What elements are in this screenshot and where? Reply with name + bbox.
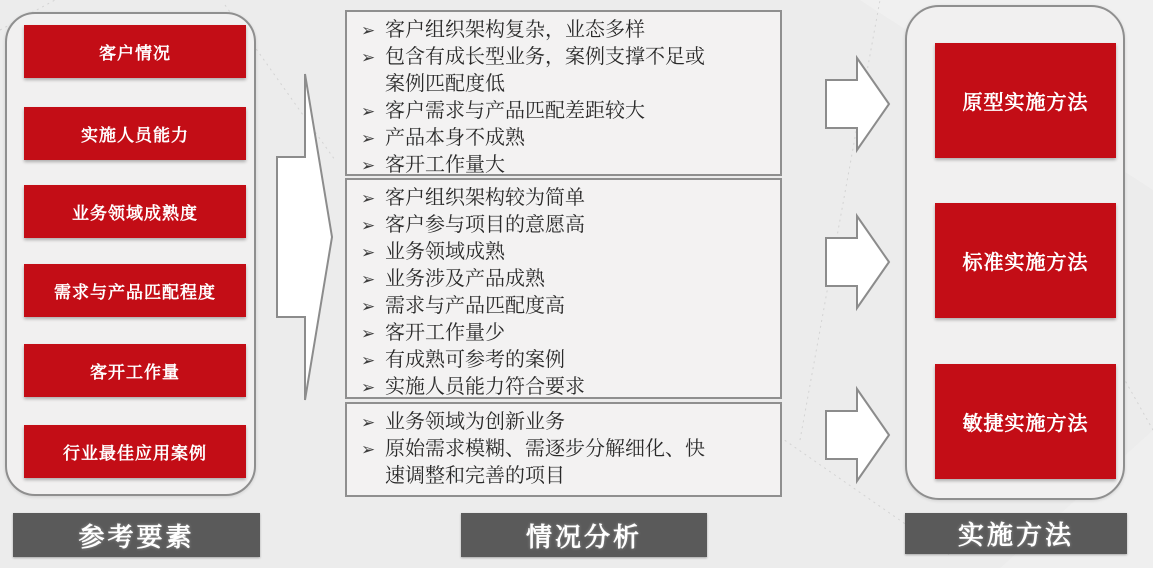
factor-box-implementer-capability: 实施人员能力 xyxy=(24,107,246,160)
footer-label-implementation-method: 实施方法 xyxy=(905,513,1127,554)
factor-box-demand-product-match: 需求与产品匹配程度 xyxy=(24,264,246,317)
bullet-item: ➢ 原始需求模糊、需逐步分解细化、快速调整和完善的项目 xyxy=(361,436,774,490)
bullet-item: ➢ 包含有成长型业务，案例支撑不足或案例匹配度低 xyxy=(361,44,774,98)
bullet-item: ➢ 客户组织架构较为简单 xyxy=(361,185,774,212)
bullet-text: 业务涉及产品成熟 xyxy=(385,266,545,293)
bullet-item: ➢ 客户参与项目的意愿高 xyxy=(361,212,774,239)
arrowhead-bullet-icon: ➢ xyxy=(361,185,385,212)
bullet-text: 客户组织架构复杂，业态多样 xyxy=(385,17,645,44)
arrowhead-bullet-icon: ➢ xyxy=(361,212,385,239)
implementation-method-diagram: 客户情况 实施人员能力 业务领域成熟度 需求与产品匹配程度 客开工作量 行业最佳… xyxy=(0,0,1153,568)
bullet-text: 实施人员能力符合要求 xyxy=(385,374,585,401)
bullet-item: ➢ 产品本身不成熟 xyxy=(361,125,774,152)
bullet-item: ➢ 需求与产品匹配度高 xyxy=(361,293,774,320)
arrowhead-bullet-icon: ➢ xyxy=(361,320,385,347)
bullet-text: 需求与产品匹配度高 xyxy=(385,293,565,320)
footer-label-reference-factors: 参考要素 xyxy=(13,513,260,557)
footer-label-situation-analysis: 情况分析 xyxy=(461,513,707,557)
method-box-standard: 标准实施方法 xyxy=(935,203,1116,318)
bullet-text: 客户组织架构较为简单 xyxy=(385,185,585,212)
big-right-arrow xyxy=(277,74,332,400)
factor-box-best-practice-cases: 行业最佳应用案例 xyxy=(24,425,246,478)
arrowhead-bullet-icon: ➢ xyxy=(361,293,385,320)
bullet-text: 包含有成长型业务，案例支撑不足或案例匹配度低 xyxy=(385,44,721,98)
bullet-text: 客开工作量大 xyxy=(385,152,505,179)
factor-box-business-maturity: 业务领域成熟度 xyxy=(24,185,246,238)
implementation-methods-panel: 原型实施方法 标准实施方法 敏捷实施方法 xyxy=(905,5,1125,500)
factor-box-customer-situation: 客户情况 xyxy=(24,25,246,78)
analysis-box-agile: ➢ 业务领域为创新业务 ➢ 原始需求模糊、需逐步分解细化、快速调整和完善的项目 xyxy=(345,402,782,497)
crease-line xyxy=(800,0,880,440)
bullet-item: ➢ 客户组织架构复杂，业态多样 xyxy=(361,17,774,44)
bullet-text: 业务领域成熟 xyxy=(385,239,505,266)
analysis-box-prototype: ➢ 客户组织架构复杂，业态多样 ➢ 包含有成长型业务，案例支撑不足或案例匹配度低… xyxy=(345,10,782,176)
bullet-item: ➢ 业务涉及产品成熟 xyxy=(361,266,774,293)
bullet-text: 业务领域为创新业务 xyxy=(385,409,565,436)
bullet-item: ➢ 客开工作量大 xyxy=(361,152,774,179)
arrowhead-bullet-icon: ➢ xyxy=(361,239,385,266)
right-arrow-3 xyxy=(826,389,889,481)
arrowhead-bullet-icon: ➢ xyxy=(361,17,385,44)
bullet-item: ➢ 客户需求与产品匹配差距较大 xyxy=(361,98,774,125)
bullet-item: ➢ 实施人员能力符合要求 xyxy=(361,374,774,401)
arrowhead-bullet-icon: ➢ xyxy=(361,374,385,401)
method-box-agile: 敏捷实施方法 xyxy=(935,364,1116,479)
right-arrow-2 xyxy=(826,216,889,308)
bullet-text: 客开工作量少 xyxy=(385,320,505,347)
bullet-item: ➢ 客开工作量少 xyxy=(361,320,774,347)
right-arrow-1 xyxy=(826,58,889,150)
arrowhead-bullet-icon: ➢ xyxy=(361,125,385,152)
arrowhead-bullet-icon: ➢ xyxy=(361,436,385,463)
bullet-text: 客户需求与产品匹配差距较大 xyxy=(385,98,645,125)
reference-factors-panel: 客户情况 实施人员能力 业务领域成熟度 需求与产品匹配程度 客开工作量 行业最佳… xyxy=(5,12,256,496)
bullet-item: ➢ 有成熟可参考的案例 xyxy=(361,347,774,374)
bullet-item: ➢ 业务领域成熟 xyxy=(361,239,774,266)
bullet-text: 客户参与项目的意愿高 xyxy=(385,212,585,239)
method-box-prototype: 原型实施方法 xyxy=(935,43,1116,158)
factor-box-custom-dev-workload: 客开工作量 xyxy=(24,344,246,397)
arrowhead-bullet-icon: ➢ xyxy=(361,152,385,179)
bullet-text: 原始需求模糊、需逐步分解细化、快速调整和完善的项目 xyxy=(385,436,721,490)
arrowhead-bullet-icon: ➢ xyxy=(361,347,385,374)
bullet-item: ➢ 业务领域为创新业务 xyxy=(361,409,774,436)
arrowhead-bullet-icon: ➢ xyxy=(361,44,385,71)
arrowhead-bullet-icon: ➢ xyxy=(361,98,385,125)
bullet-text: 有成熟可参考的案例 xyxy=(385,347,565,374)
arrowhead-bullet-icon: ➢ xyxy=(361,409,385,436)
arrowhead-bullet-icon: ➢ xyxy=(361,266,385,293)
bullet-text: 产品本身不成熟 xyxy=(385,125,525,152)
analysis-box-standard: ➢ 客户组织架构较为简单 ➢ 客户参与项目的意愿高 ➢ 业务领域成熟 ➢ 业务涉… xyxy=(345,178,782,399)
